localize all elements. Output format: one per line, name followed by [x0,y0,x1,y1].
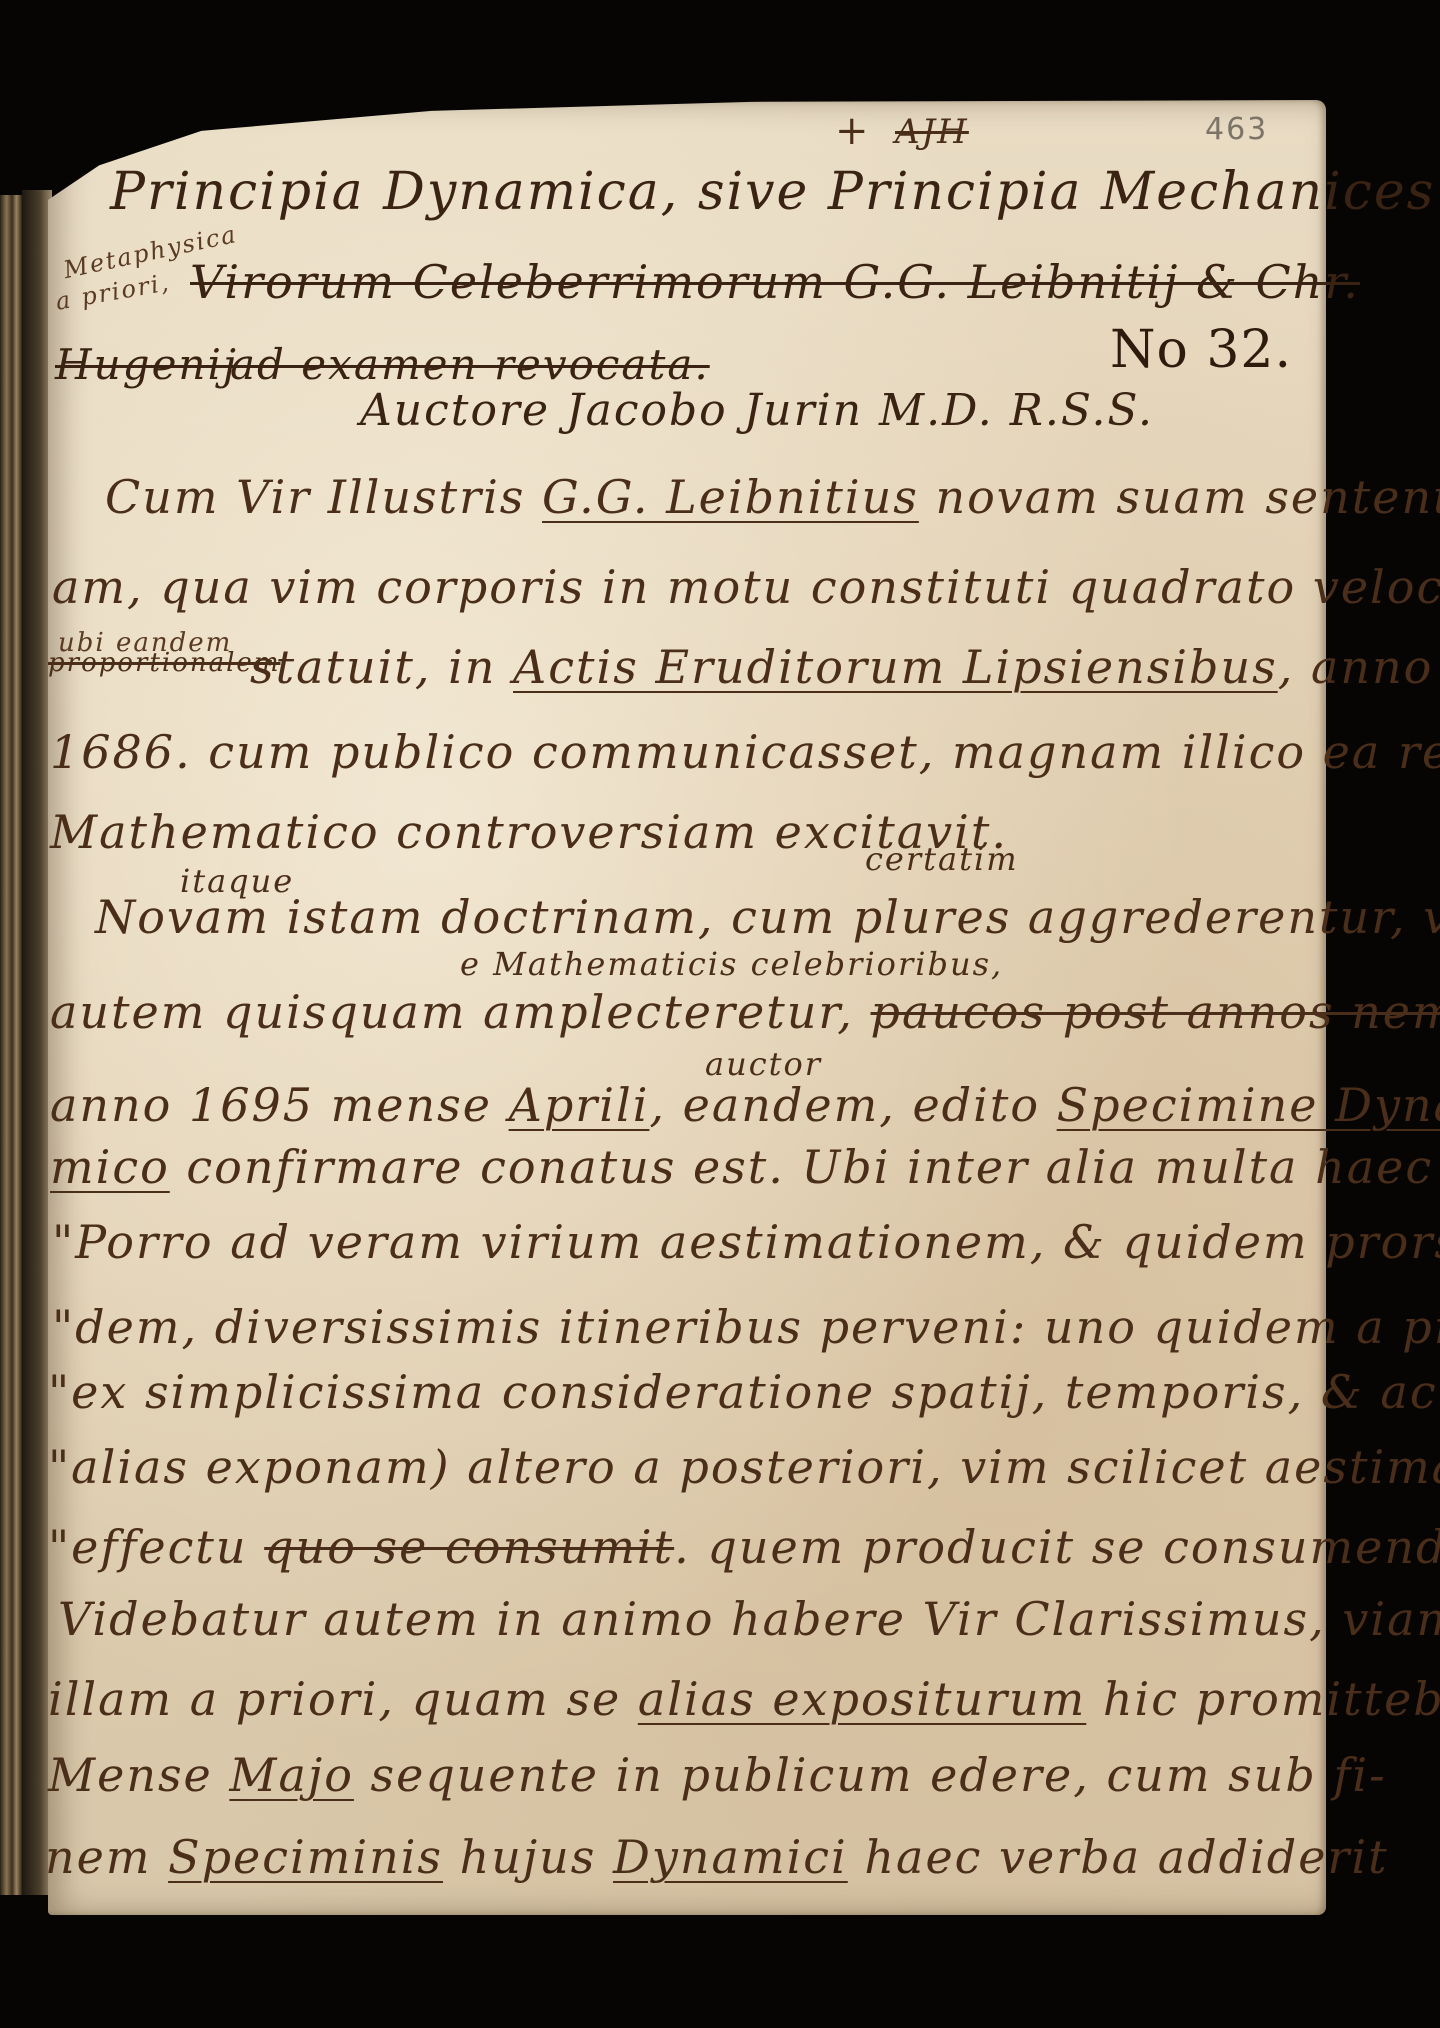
underlined-speciminis: Speciminis [168,1830,443,1884]
underlined-specimine-dyna: Specimine Dyna- [1057,1078,1440,1132]
text-line-11: "dem, diversissimis itineribus perveni: … [52,1300,1440,1354]
heading-struck-revocata: ad examen revocata. [230,340,710,389]
text-line-7: autem quisquam amplecteretur, paucos pos… [50,985,1440,1039]
text-line-18: nem Speciminis hujus Dynamici haec verba… [45,1830,1389,1884]
book-page-edges [0,195,22,1895]
heading-margin-hugenij: Hugenij [55,340,238,389]
underlined-alias-expositurum: alias expositurum [638,1672,1086,1726]
insert-mathematicis: e Mathematicis celebrioribus, [460,945,1003,983]
text-line-4: 1686. cum publico communicasset, magnam … [50,725,1440,779]
underlined-majo: Majo [229,1748,353,1802]
text-line-10: "Porro ad veram virium aestimationem, & … [52,1215,1440,1269]
heading-struck-line: Virorum Celeberrimorum G.G. Leibnitij & … [190,255,1360,309]
text-line-17: Mense Majo sequente in publicum edere, c… [48,1748,1387,1802]
text-line-6: Novam istam doctrinam, cum plures aggred… [95,890,1440,944]
text-line-16: illam a priori, quam se alias exposituru… [48,1672,1440,1726]
heading-title: Principia Dynamica, sive Principia Mecha… [110,162,1435,222]
struck-paucos-post-annos: paucos post annos nempe [871,985,1440,1039]
underlined-mico: mico [50,1140,170,1194]
text-line-3: statuit, in Actis Eruditorum Lipsiensibu… [250,640,1433,694]
text-line-8: anno 1695 mense Aprili, eandem, edito Sp… [50,1078,1440,1132]
text-line-2: am, qua vim corporis in motu constituti … [52,560,1440,614]
struck-proportionalem: proportionalem [48,648,280,678]
text-line-15: Videbatur autem in animo habere Vir Clar… [58,1592,1440,1646]
text-line-14: "effectu quo se consumit. quem producit … [48,1520,1440,1574]
struck-quo-se-consumit: quo se consumit [264,1520,674,1574]
insert-certatim: certatim [865,840,1019,878]
pencil-folio-number: 463 [1205,112,1268,147]
underlined-dynamici: Dynamici [613,1830,848,1884]
underlined-aprili: Aprili [509,1078,650,1132]
author-line: Auctore Jacobo Jurin M.D. R.S.S. [360,385,1154,436]
text-line-9: mico confirmare conatus est. Ubi inter a… [50,1140,1440,1194]
underlined-name-leibnitius: G.G. Leibnitius [542,470,919,524]
text-line-1: Cum Vir Illustris G.G. Leibnitius novam … [105,470,1440,524]
shelf-number: No 32. [1110,320,1292,380]
underlined-acta-eruditorum: Actis Eruditorum Lipsiensibus [513,640,1278,694]
book-gutter [22,190,52,1895]
text-line-13: "alias exponam) altero a posteriori, vim… [48,1440,1440,1494]
cross-mark: + [835,108,871,154]
struck-monogram: AJH [895,112,969,152]
text-line-12: "ex simplicissima consideratione spatij,… [48,1365,1440,1419]
